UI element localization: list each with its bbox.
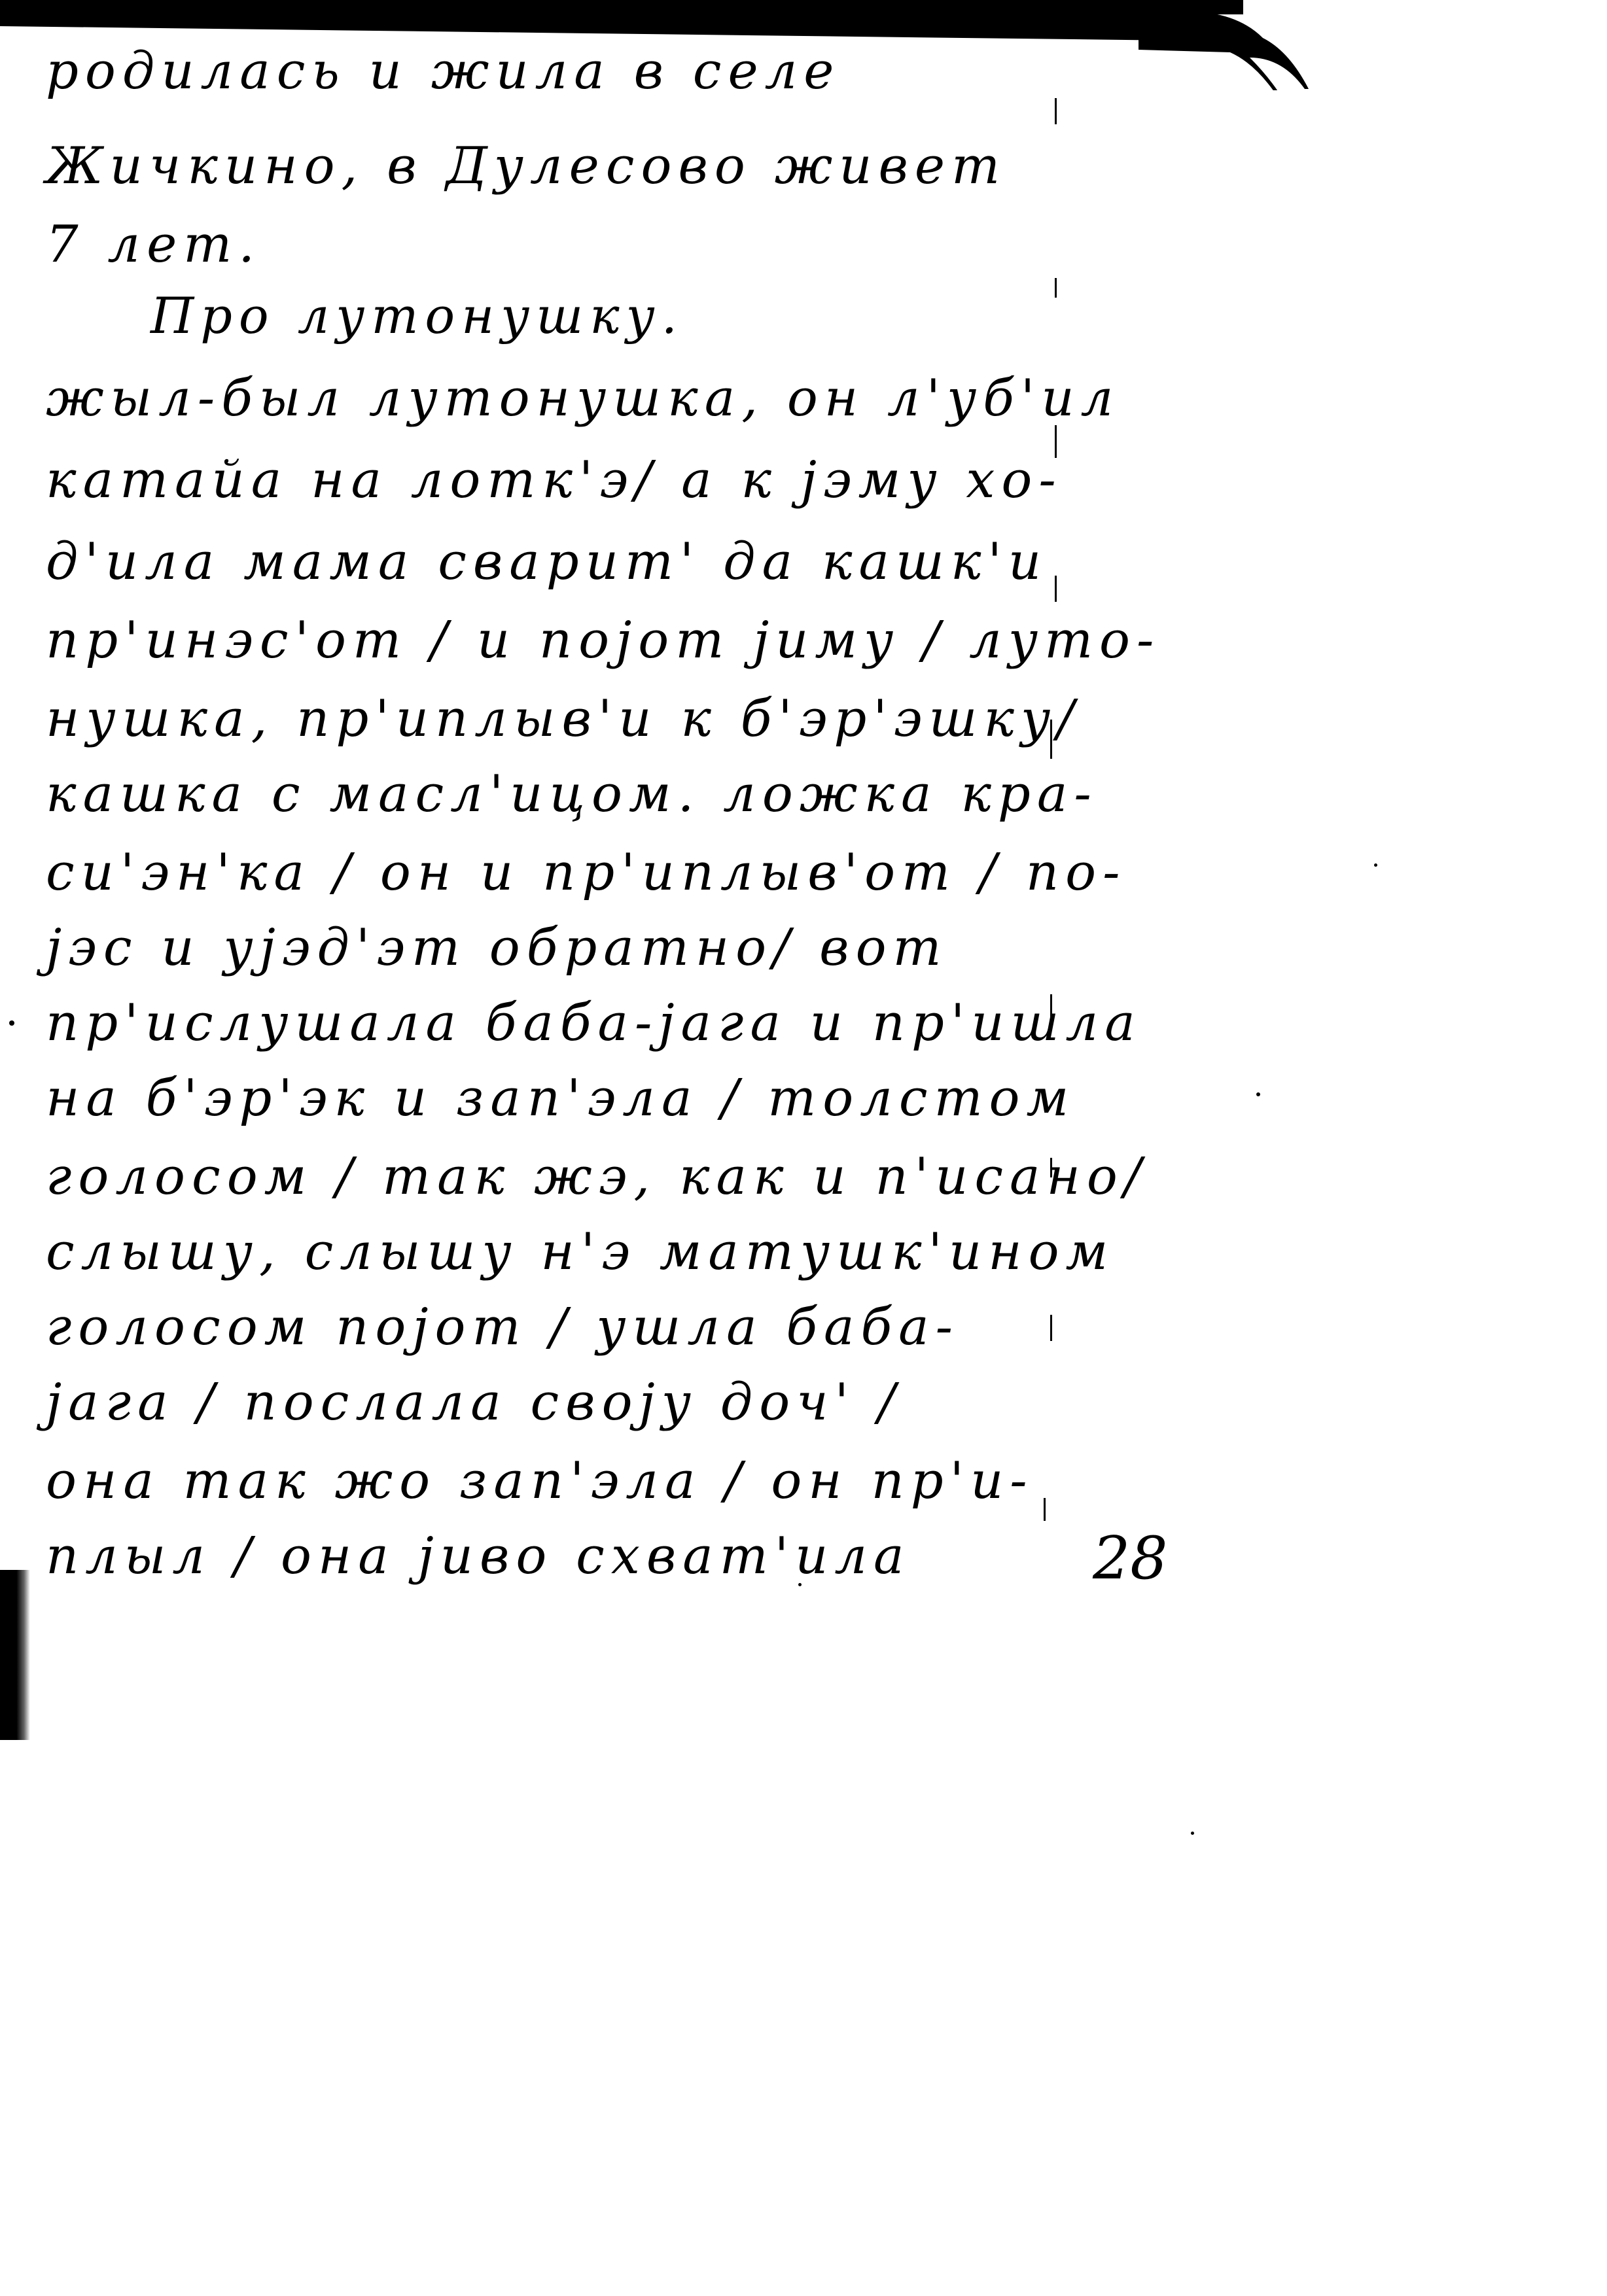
margin-tick-mark: [1050, 994, 1052, 1020]
intro-line: родилась и жила в селе: [46, 46, 840, 97]
story-line: на б'эр'эк и зап'эла / толстом: [46, 1073, 1075, 1124]
story-line: кашка с масл'ицом. ложка кра-: [46, 769, 1098, 820]
story-line: голосом појот / ушла баба-: [46, 1302, 959, 1353]
story-line: голосом / так жэ, как и п'исано/: [46, 1151, 1148, 1202]
scan-speck: [1374, 863, 1377, 867]
story-line: нушка, пр'иплыв'и к б'эр'эшку/: [46, 693, 1080, 744]
margin-tick-mark: [1055, 425, 1057, 458]
story-line: јэс и ујэд'эт обратно/ вот: [46, 922, 948, 973]
margin-tick-mark: [1050, 1158, 1052, 1177]
story-line: д'ила мама сварит' да кашк'и: [46, 536, 1048, 587]
scan-dark-edge-left: [0, 1570, 30, 1740]
story-line: јага / послала своју доч' /: [46, 1377, 902, 1428]
intro-line: Жичкино, в Дулесово живет: [46, 141, 1006, 192]
margin-tick-mark: [1055, 576, 1057, 602]
scan-speck: [1191, 1832, 1194, 1835]
margin-tick-mark: [1050, 1315, 1052, 1341]
story-line: она так жо зап'эла / он пр'и-: [46, 1455, 1034, 1506]
story-line: си'эн'ка / он и пр'иплыв'от / по-: [46, 847, 1126, 898]
story-title: Про лутонушку.: [150, 291, 684, 341]
margin-tick-mark: [1055, 278, 1057, 298]
story-line: пр'инэс'от / и појот јиму / луто-: [46, 615, 1160, 666]
story-line: слышу, слышу н'э матушк'ином: [46, 1226, 1114, 1278]
story-line: пр'ислушала баба-јага и пр'ишла: [46, 998, 1142, 1049]
story-line: катайа на лотк'э/ а к јэму хо-: [46, 455, 1063, 506]
page-number: 28: [1093, 1524, 1168, 1593]
scan-speck: [9, 1020, 14, 1026]
scan-speck: [1256, 1092, 1260, 1096]
scan-speck: [798, 1583, 802, 1586]
margin-tick-mark: [1055, 98, 1057, 124]
intro-line: 7 лет.: [46, 219, 261, 270]
scan-page-curl: [1139, 12, 1335, 90]
margin-tick-mark: [1050, 870, 1052, 890]
margin-tick-mark: [1050, 720, 1052, 759]
margin-tick-mark: [1044, 1498, 1046, 1521]
story-line: плыл / она јиво схват'ила: [46, 1531, 911, 1582]
story-line: жыл-был лутонушка, он л'уб'ил: [46, 373, 1120, 424]
